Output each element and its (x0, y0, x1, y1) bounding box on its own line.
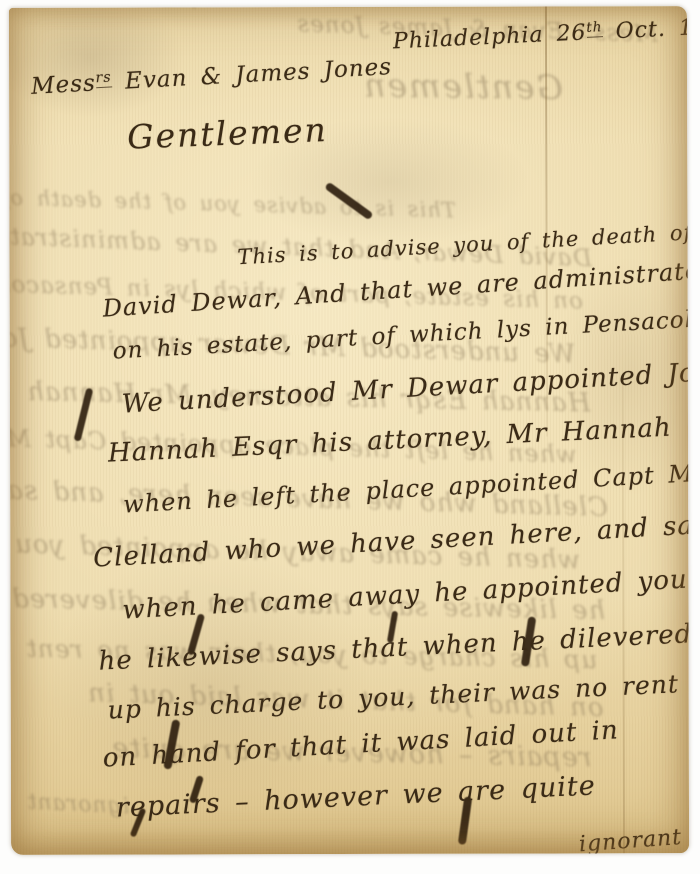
body-line-8: when he came away he appointed you (122, 565, 689, 626)
dateline-superscript: th (586, 19, 603, 38)
body-line-6: when he left the place appointed Capt Mc… (122, 456, 689, 518)
body-line-5: Hannah Esqr his attorney, Mr Hannah (107, 413, 672, 469)
letter-paper: Philadelphia 26th Oct. 1767 Messrs Evan … (9, 6, 689, 855)
ink-layer: Philadelphia 26th Oct. 1767 Messrs Evan … (9, 6, 689, 855)
catchword: ignorant (578, 825, 683, 855)
dateline: Philadelphia 26th Oct. 1767 (392, 13, 689, 54)
body-line-4: We understood Mr Dewar appointed John (121, 356, 689, 419)
body-line-9: he likewise says that when he dilevered (98, 619, 689, 676)
body-line-7: Clelland who we have seen here, and said (93, 509, 690, 573)
body-line-11: on hand for that it was laid out in (102, 715, 619, 773)
dateline-text: Philadelphia 26 (392, 20, 587, 54)
salutation: Gentlemen (126, 110, 328, 156)
addressee-rest: Evan & James Jones (111, 54, 392, 95)
addressee-superscript: rs (95, 70, 112, 89)
addressee: Messrs Evan & James Jones (30, 54, 392, 100)
scan-background: Philadelphia 26th Oct. 1767 Messrs Evan … (0, 0, 700, 874)
addressee-text: Mess (30, 70, 96, 100)
dateline-rest: Oct. 1767 (602, 13, 689, 44)
body-line-12: repairs – however we are quite (115, 770, 596, 823)
